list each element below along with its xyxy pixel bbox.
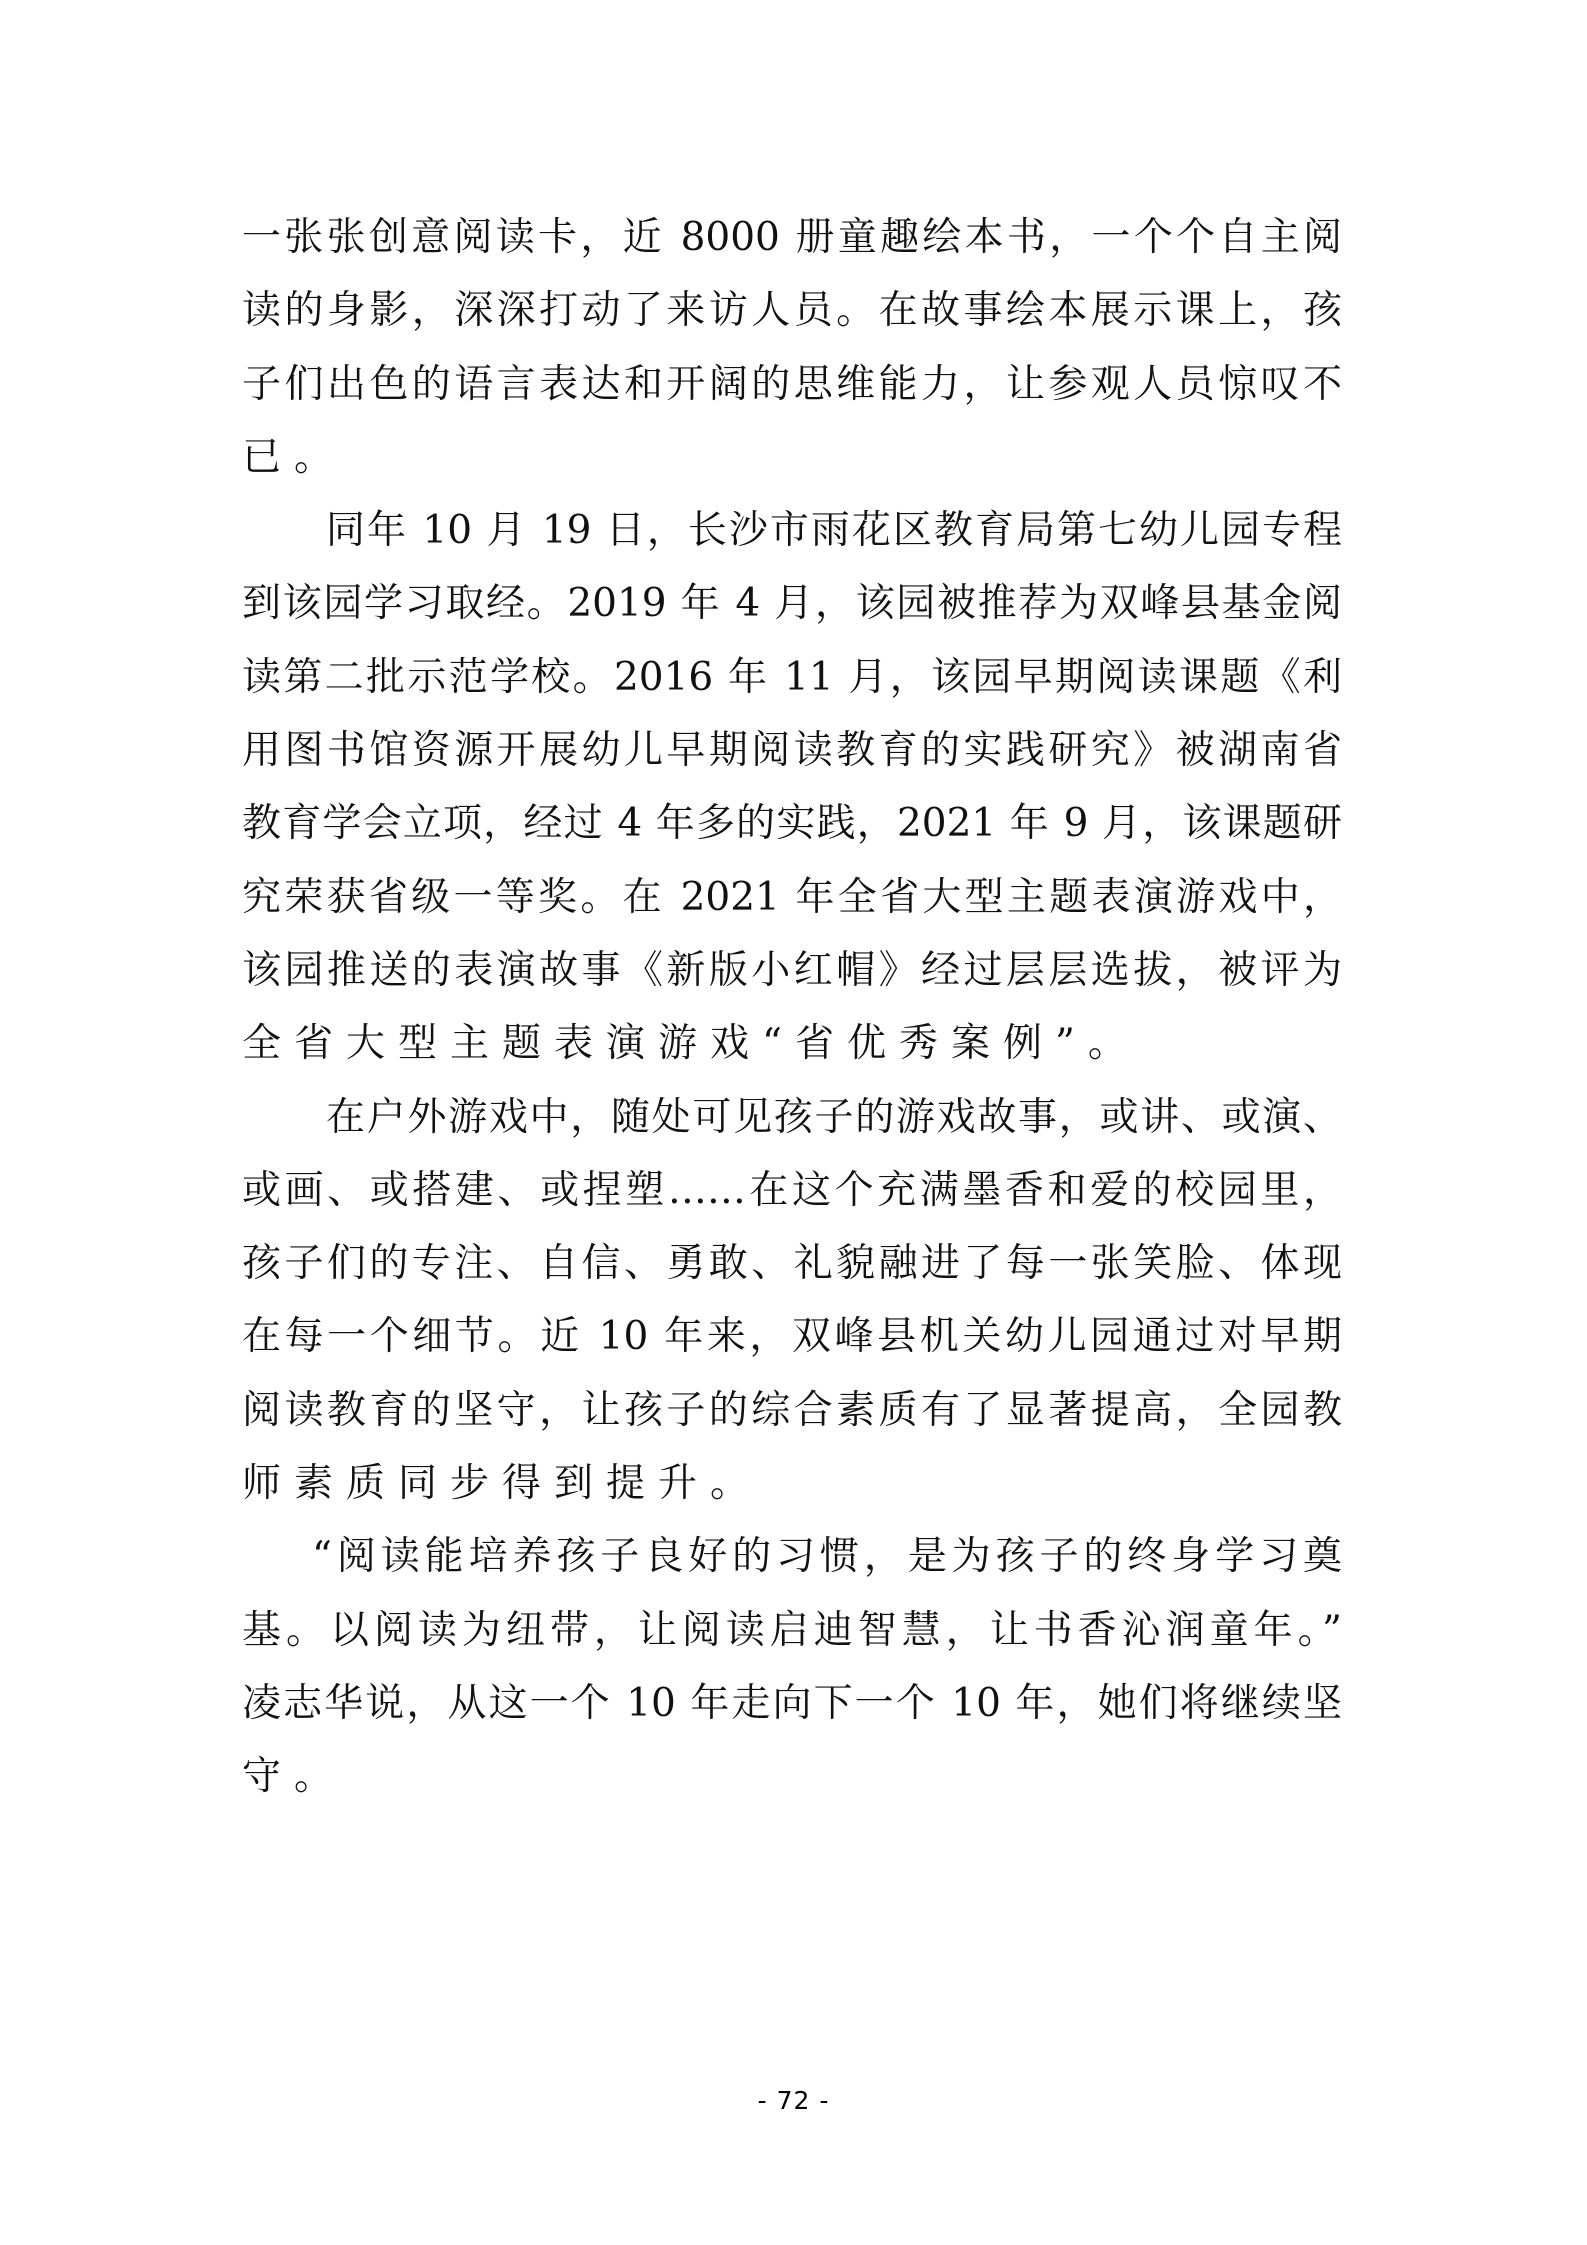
- text-line: 究荣获省级一等奖。在 2021 年全省大型主题表演游戏中，: [242, 861, 1342, 934]
- text-line: 在每一个细节。近 10 年来，双峰县机关幼儿园通过对早期: [242, 1300, 1342, 1373]
- text-line: 守。: [242, 1740, 1342, 1813]
- text-line: 同年 10 月 19 日，长沙市雨花区教育局第七幼儿园专程: [242, 494, 1342, 567]
- text-line: 全省大型主题表演游戏“省优秀案例”。: [242, 1007, 1342, 1080]
- paragraph-4: “阅读能培养孩子良好的习惯，是为孩子的终身学习奠 基。以阅读为纽带，让阅读启迪智…: [242, 1520, 1342, 1813]
- text-line: 阅读教育的坚守，让孩子的综合素质有了显著提高，全园教: [242, 1374, 1342, 1447]
- text-line: “阅读能培养孩子良好的习惯，是为孩子的终身学习奠: [242, 1520, 1342, 1593]
- text-line: 在户外游戏中，随处可见孩子的游戏故事，或讲、或演、: [242, 1081, 1342, 1154]
- text-line: 或画、或搭建、或捏塑……在这个充满墨香和爱的校园里，: [242, 1154, 1342, 1227]
- text-line: 读第二批示范学校。2016 年 11 月，该园早期阅读课题《利: [242, 641, 1342, 714]
- text-line: 孩子们的专注、自信、勇敢、礼貌融进了每一张笑脸、体现: [242, 1227, 1342, 1300]
- text-line: 教育学会立项，经过 4 年多的实践，2021 年 9 月，该课题研: [242, 787, 1342, 860]
- body-text: 一张张创意阅读卡，近 8000 册童趣绘本书，一个个自主阅 读的身影，深深打动了…: [242, 201, 1342, 1814]
- text-line: 该园推送的表演故事《新版小红帽》经过层层选拔，被评为: [242, 934, 1342, 1007]
- page-number: - 72 -: [0, 2086, 1587, 2115]
- text-line: 读的身影，深深打动了来访人员。在故事绘本展示课上，孩: [242, 274, 1342, 347]
- text-line: 师素质同步得到提升。: [242, 1447, 1342, 1520]
- paragraph-3: 在户外游戏中，随处可见孩子的游戏故事，或讲、或演、 或画、或搭建、或捏塑……在这…: [242, 1081, 1342, 1521]
- text-line: 子们出色的语言表达和开阔的思维能力，让参观人员惊叹不: [242, 348, 1342, 421]
- paragraph-2: 同年 10 月 19 日，长沙市雨花区教育局第七幼儿园专程 到该园学习取经。20…: [242, 494, 1342, 1080]
- text-line: 到该园学习取经。2019 年 4 月，该园被推荐为双峰县基金阅: [242, 567, 1342, 640]
- document-page: 一张张创意阅读卡，近 8000 册童趣绘本书，一个个自主阅 读的身影，深深打动了…: [0, 0, 1587, 2245]
- text-line: 凌志华说，从这一个 10 年走向下一个 10 年，她们将继续坚: [242, 1667, 1342, 1740]
- text-line: 已。: [242, 421, 1342, 494]
- text-line: 基。以阅读为纽带，让阅读启迪智慧，让书香沁润童年。”: [242, 1594, 1342, 1667]
- paragraph-1: 一张张创意阅读卡，近 8000 册童趣绘本书，一个个自主阅 读的身影，深深打动了…: [242, 201, 1342, 494]
- text-line: 用图书馆资源开展幼儿早期阅读教育的实践研究》被湖南省: [242, 714, 1342, 787]
- text-line: 一张张创意阅读卡，近 8000 册童趣绘本书，一个个自主阅: [242, 201, 1342, 274]
